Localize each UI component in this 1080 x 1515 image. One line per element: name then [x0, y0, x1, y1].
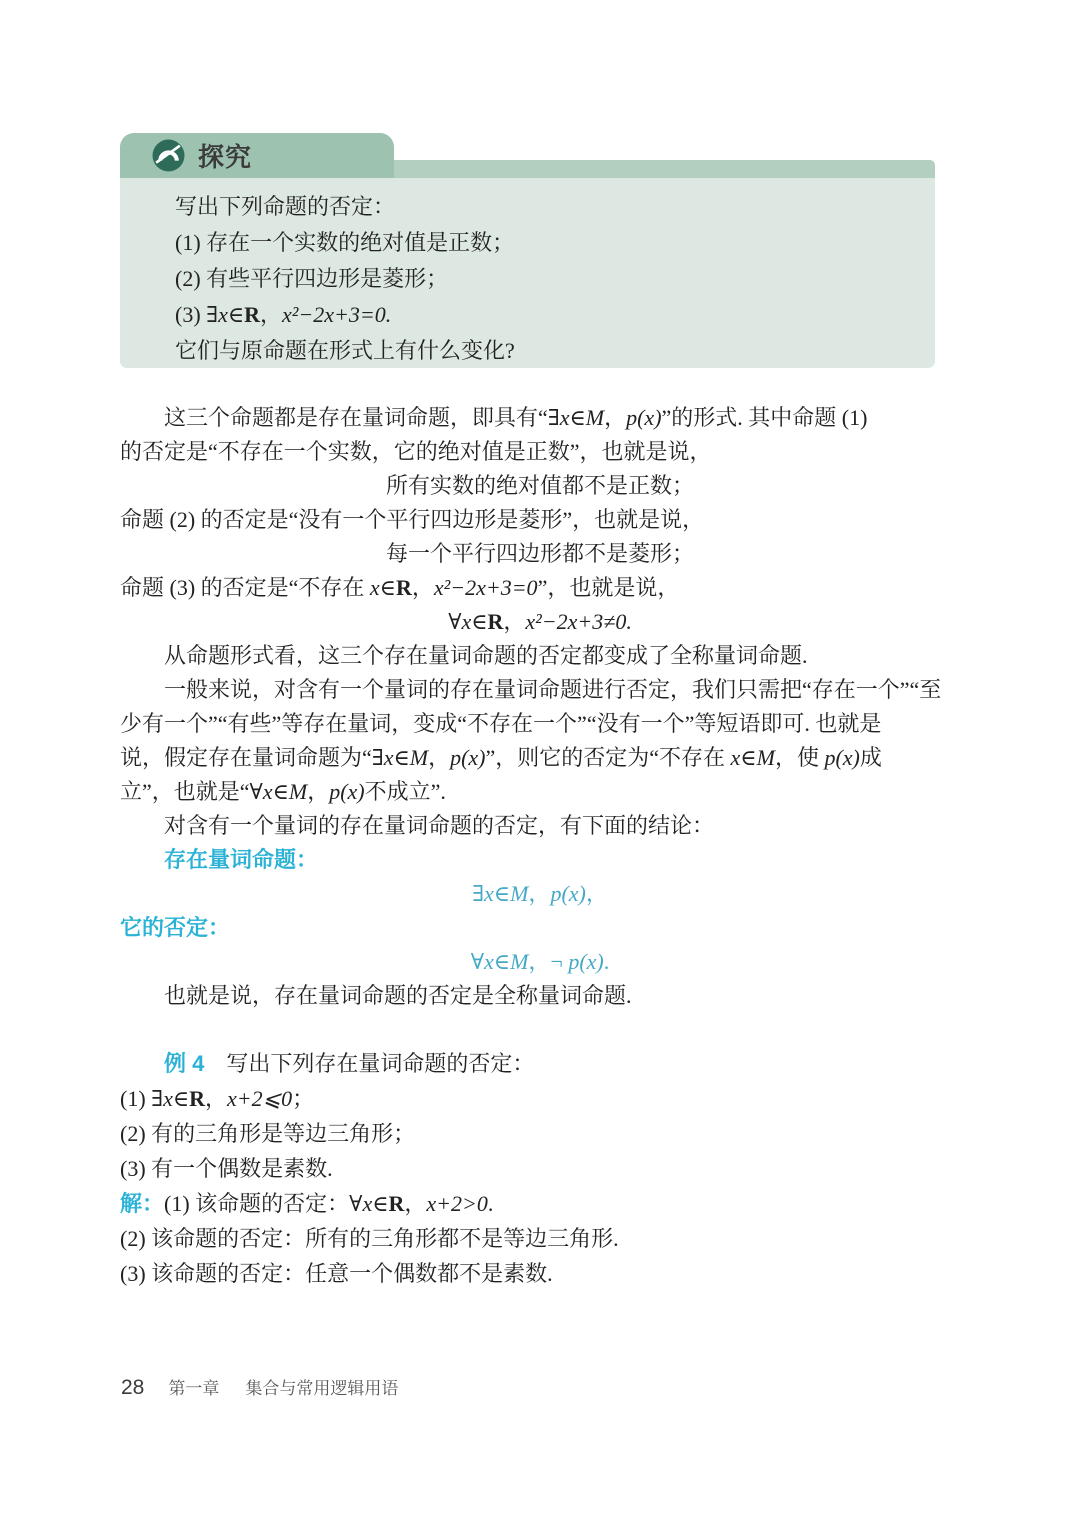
text-line: (2) 有些平行四边形是菱形；	[175, 261, 915, 297]
text-segment: R	[396, 575, 412, 600]
text-line: (3) 有一个偶数是素数.	[120, 1151, 960, 1186]
text-segment: 解：	[120, 1191, 164, 1216]
page-number: 28	[121, 1376, 144, 1400]
text-line: 每一个平行四边形都不是菱形；	[120, 537, 960, 571]
text-segment: (2) 有的三角形是等边三角形；	[120, 1121, 415, 1146]
text-segment: p(x)	[626, 405, 661, 430]
text-line: 存在量词命题：	[120, 843, 960, 877]
text-segment: ∃x∈	[151, 1086, 189, 1111]
text-segment: ，	[260, 302, 282, 327]
explore-question-text: 写出下列命题的否定：(1) 存在一个实数的绝对值是正数；(2) 有些平行四边形是…	[120, 178, 935, 368]
text-segment: 例 4	[164, 1051, 204, 1076]
text-segment: .	[488, 1191, 494, 1216]
text-segment: x²−2x+3=0.	[282, 302, 391, 327]
text-segment: 写出下列命题的否定：	[175, 194, 395, 219]
text-segment: 它的否定：	[120, 915, 230, 940]
text-segment: (1)	[120, 1086, 151, 1111]
text-segment: p(x)	[550, 881, 585, 906]
text-line: 所有实数的绝对值都不是正数；	[120, 469, 960, 503]
text-line: 立”，也就是“∀x∈M，p(x)不成立”.	[120, 775, 960, 809]
text-line: (3) ∃x∈R，x²−2x+3=0.	[175, 297, 915, 333]
text-line: ∃x∈M，p(x)，	[120, 877, 960, 911]
text-segment: 所有实数的绝对值都不是正数；	[386, 473, 694, 498]
example-block: 例 4 写出下列存在量词命题的否定：(1) ∃x∈R，x+2⩽0；(2) 有的三…	[120, 1046, 960, 1291]
text-segment: ，使	[775, 745, 825, 770]
text-segment: 存在量词命题：	[164, 847, 318, 872]
text-segment: 不成立”.	[365, 779, 446, 804]
text-segment: 这三个命题都是存在量词命题，即具有“	[164, 405, 548, 430]
explore-tab: 探究	[120, 133, 394, 178]
page-footer: 28 第一章 集合与常用逻辑用语	[121, 1374, 398, 1400]
text-segment: p(x)	[450, 745, 485, 770]
text-segment: 对含有一个量词的存在量词命题的否定，有下面的结论：	[164, 813, 714, 838]
text-segment: ，	[404, 1191, 426, 1216]
text-line: 它的否定：	[120, 911, 960, 945]
body-text: 这三个命题都是存在量词命题，即具有“∃x∈M，p(x)”的形式. 其中命题 (1…	[120, 401, 960, 1013]
text-segment: p(x)	[824, 745, 859, 770]
text-segment: ，	[528, 881, 550, 906]
text-segment: ”的形式. 其中命题 (1)	[662, 405, 868, 430]
text-segment: 命题 (2) 的否定是“没有一个平行四边形是菱形”，也就是说，	[120, 507, 704, 532]
text-segment: R	[389, 1191, 405, 1216]
text-segment: p(x)	[329, 779, 364, 804]
text-line: 对含有一个量词的存在量词命题的否定，有下面的结论：	[120, 809, 960, 843]
text-segment: 一般来说，对含有一个量词的存在量词命题进行否定，我们只需把“存在一个”“至	[164, 677, 941, 702]
text-segment: R	[244, 302, 260, 327]
text-line: 它们与原命题在形式上有什么变化?	[175, 333, 915, 369]
text-segment: ，	[205, 1086, 227, 1111]
text-line: (1) ∃x∈R，x+2⩽0；	[120, 1081, 960, 1116]
text-segment: 立”，也就是“	[120, 779, 250, 804]
text-segment: x²−2x+3≠0.	[525, 609, 631, 634]
chapter-label: 第一章	[168, 1374, 219, 1399]
text-segment: x+2⩽0	[227, 1086, 292, 1111]
text-segment: ，	[503, 609, 525, 634]
text-segment: ∀x∈	[448, 609, 487, 634]
text-line: ∀x∈R，x²−2x+3≠0.	[120, 605, 960, 639]
text-segment: 说，假定存在量词命题为“	[120, 745, 372, 770]
text-line: 写出下列命题的否定：	[175, 189, 915, 225]
text-segment: ∃x∈M	[372, 745, 428, 770]
text-segment: ，	[604, 405, 626, 430]
text-segment: (2) 有些平行四边形是菱形；	[175, 266, 448, 291]
text-segment: ，¬	[528, 949, 568, 974]
text-segment: ”，则它的否定为“不存在	[486, 745, 731, 770]
text-segment: ，	[428, 745, 450, 770]
text-segment: x+2>0	[426, 1191, 487, 1216]
explore-tab-label: 探究	[198, 137, 252, 174]
text-segment: 少有一个”“有些”等存在量词，变成“不存在一个”“没有一个”等短语即可. 也就是	[120, 711, 881, 736]
text-line: 命题 (3) 的否定是“不存在 x∈R，x²−2x+3=0”，也就是说，	[120, 571, 960, 605]
text-segment: 命题 (3) 的否定是“不存在	[120, 575, 370, 600]
text-segment: ∃x∈	[206, 302, 244, 327]
text-segment: ；	[292, 1086, 314, 1111]
text-line: (1) 存在一个实数的绝对值是正数；	[175, 225, 915, 261]
text-line: 说，假定存在量词命题为“∃x∈M，p(x)”，则它的否定为“不存在 x∈M，使 …	[120, 741, 960, 775]
text-line: ∀x∈M，¬ p(x).	[120, 945, 960, 979]
explore-icon	[152, 139, 185, 172]
text-line: 这三个命题都是存在量词命题，即具有“∃x∈M，p(x)”的形式. 其中命题 (1…	[120, 401, 960, 435]
text-line: 命题 (2) 的否定是“没有一个平行四边形是菱形”，也就是说，	[120, 503, 960, 537]
text-segment: 的否定是“不存在一个实数，它的绝对值是正数”，也就是说，	[120, 439, 712, 464]
text-segment: ∀x∈M	[250, 779, 308, 804]
textbook-page: { "colors": { "tab_green": "#9dc2b0", "b…	[0, 0, 1080, 1515]
text-segment: p(x)	[568, 949, 603, 974]
text-line: 解：(1) 该命题的否定：∀x∈R，x+2>0.	[120, 1186, 960, 1221]
text-segment: ，	[307, 779, 329, 804]
text-segment: x∈	[370, 575, 396, 600]
explore-box: 探究 写出下列命题的否定：(1) 存在一个实数的绝对值是正数；(2) 有些平行四…	[120, 133, 935, 368]
text-segment: ，	[412, 575, 434, 600]
text-line: (3) 该命题的否定：任意一个偶数都不是素数.	[120, 1256, 960, 1291]
text-segment: ∀x∈M	[471, 949, 529, 974]
text-segment: 从命题形式看，这三个存在量词命题的否定都变成了全称量词命题.	[164, 643, 808, 668]
text-segment: ∀x∈	[349, 1191, 388, 1216]
book-title-label: 集合与常用逻辑用语	[245, 1374, 398, 1399]
text-segment: (3)	[175, 302, 206, 327]
text-segment: (3) 有一个偶数是素数.	[120, 1156, 333, 1181]
text-segment: R	[488, 609, 504, 634]
text-segment: (1) 存在一个实数的绝对值是正数；	[175, 230, 514, 255]
text-segment: R	[189, 1086, 205, 1111]
text-segment: x²−2x+3=0	[434, 575, 538, 600]
text-line: 一般来说，对含有一个量词的存在量词命题进行否定，我们只需把“存在一个”“至	[120, 673, 960, 707]
text-line: 少有一个”“有些”等存在量词，变成“不存在一个”“没有一个”等短语即可. 也就是	[120, 707, 960, 741]
text-line: 从命题形式看，这三个存在量词命题的否定都变成了全称量词命题.	[120, 639, 960, 673]
text-segment: (1) 该命题的否定：	[164, 1191, 349, 1216]
text-segment: 它们与原命题在形式上有什么变化?	[175, 338, 515, 363]
text-segment: ∃x∈M	[548, 405, 604, 430]
text-line: 也就是说，存在量词命题的否定是全称量词命题.	[120, 979, 960, 1013]
text-segment: 成	[860, 745, 882, 770]
text-segment: x∈M	[731, 745, 775, 770]
text-segment: ”，也就是说，	[538, 575, 680, 600]
text-segment: 每一个平行四边形都不是菱形；	[386, 541, 694, 566]
text-segment: ∃x∈M	[472, 881, 528, 906]
text-segment: 写出下列存在量词命题的否定：	[204, 1051, 534, 1076]
text-line: 的否定是“不存在一个实数，它的绝对值是正数”，也就是说，	[120, 435, 960, 469]
explore-header-band	[382, 160, 935, 178]
text-segment: (2) 该命题的否定：所有的三角形都不是等边三角形.	[120, 1226, 619, 1251]
text-segment: .	[604, 949, 610, 974]
text-segment: (3) 该命题的否定：任意一个偶数都不是素数.	[120, 1261, 553, 1286]
text-line: (2) 有的三角形是等边三角形；	[120, 1116, 960, 1151]
text-line: (2) 该命题的否定：所有的三角形都不是等边三角形.	[120, 1221, 960, 1256]
text-segment: 也就是说，存在量词命题的否定是全称量词命题.	[164, 983, 632, 1008]
text-line: 例 4 写出下列存在量词命题的否定：	[120, 1046, 960, 1081]
text-segment: ，	[586, 881, 608, 906]
